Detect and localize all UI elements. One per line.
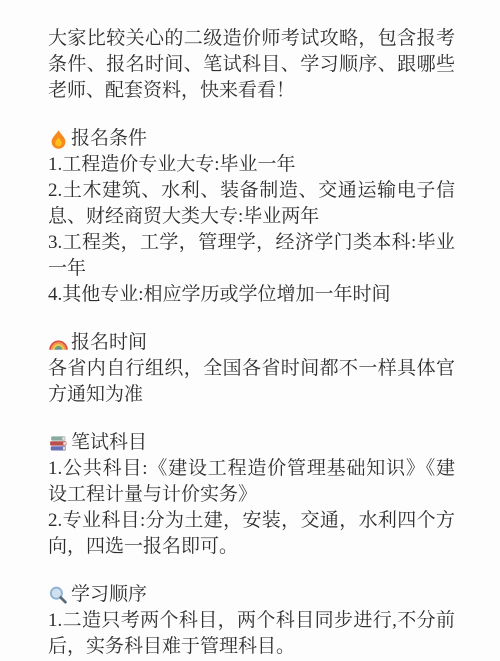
- intro-paragraph: 大家比较关心的二级造价师考试攻略，包含报考条件、报名时间、笔试科目、学习顺序、跟…: [48, 26, 455, 104]
- list-item: 1.工程造价专业大专:毕业一年: [48, 152, 455, 178]
- list-item: 4.其他专业:相应学历或学位增加一年时间: [48, 282, 455, 308]
- section-registration-time: 报名时间 各省内自行组织，全国各省时间都不一样具体官方通知为准: [48, 330, 455, 408]
- section-title: 报名时间: [71, 330, 147, 356]
- section-header: 报名时间: [48, 330, 455, 356]
- magnifier-icon: [48, 585, 69, 606]
- section-title: 报名条件: [71, 126, 147, 152]
- section-study-order: 学习顺序 1.二造只考两个科目，两个科目同步进行,不分前后，实务科目难于管理科目…: [48, 582, 455, 660]
- section-header: 笔试科目: [48, 430, 455, 456]
- section-header: 学习顺序: [48, 582, 455, 608]
- section-exam-subjects: 笔试科目 1.公共科目:《建设工程造价管理基础知识》《建设工程计量与计价实务》 …: [48, 430, 455, 560]
- list-item: 1.公共科目:《建设工程造价管理基础知识》《建设工程计量与计价实务》: [48, 456, 455, 508]
- list-item: 1.二造只考两个科目，两个科目同步进行,不分前后，实务科目难于管理科目。: [48, 608, 455, 660]
- list-item: 2.专业科目:分为土建，安装，交通，水利四个方向，四选一报名即可。: [48, 508, 455, 560]
- list-item: 2.土木建筑、水利、装备制造、交通运输电子信息、财经商贸大类大专:毕业两年: [48, 178, 455, 230]
- books-icon: [48, 433, 69, 454]
- fire-icon: [48, 129, 69, 150]
- rainbow-icon: [48, 333, 69, 354]
- section-header: 报名条件: [48, 126, 455, 152]
- post-page: 大家比较关心的二级造价师考试攻略，包含报考条件、报名时间、笔试科目、学习顺序、跟…: [0, 0, 500, 661]
- list-item: 各省内自行组织，全国各省时间都不一样具体官方通知为准: [48, 356, 455, 408]
- section-title: 学习顺序: [71, 582, 147, 608]
- section-registration-requirements: 报名条件 1.工程造价专业大专:毕业一年 2.土木建筑、水利、装备制造、交通运输…: [48, 126, 455, 308]
- section-title: 笔试科目: [71, 430, 147, 456]
- list-item: 3.工程类，工学，管理学，经济学门类本科:毕业一年: [48, 230, 455, 282]
